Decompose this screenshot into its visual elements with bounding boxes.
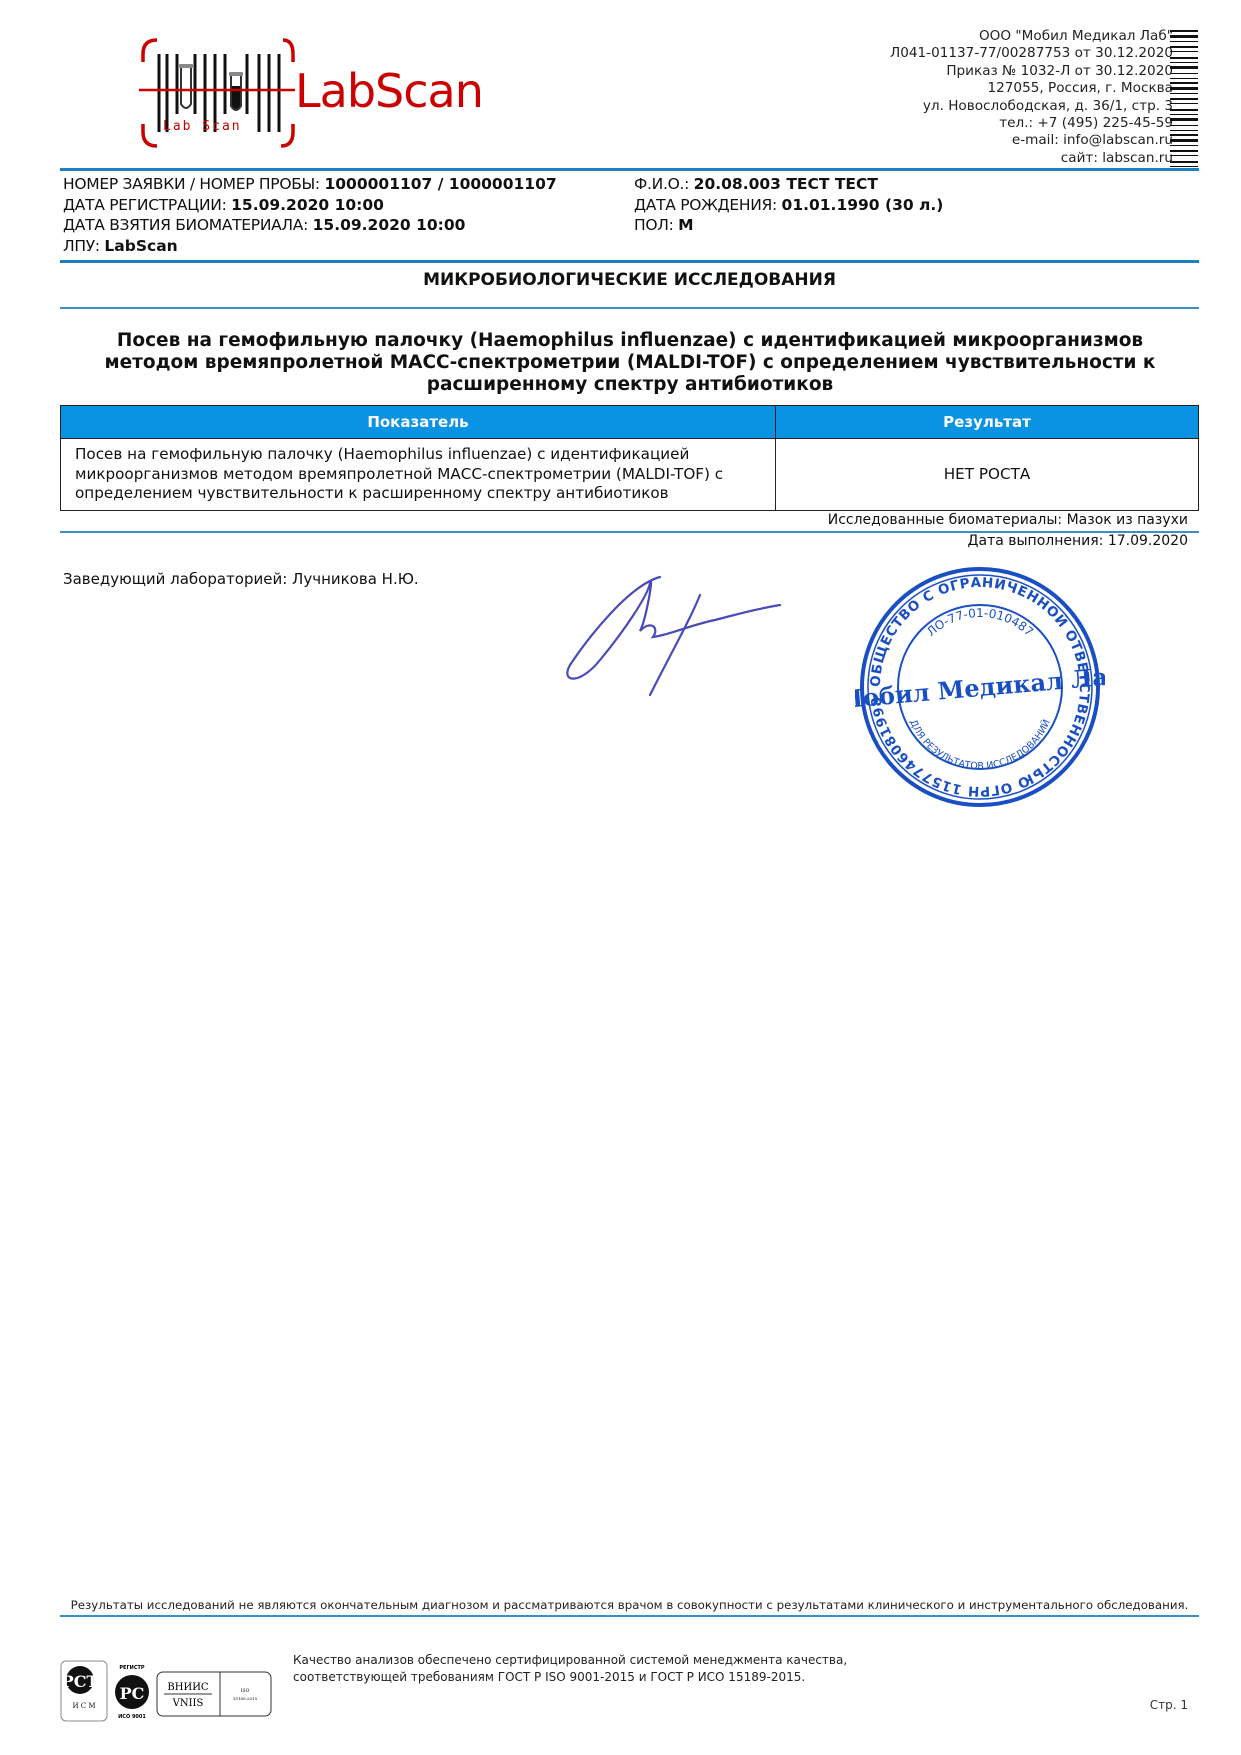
biomaterials-note: Исследованные биоматериалы: Мазок из паз… bbox=[828, 512, 1188, 528]
rst-registr-logo-icon: РЕГИСТР РС ИСО 9001 bbox=[115, 1665, 149, 1720]
svg-text:РСТ: РСТ bbox=[62, 1672, 99, 1691]
email: e-mail: info@labscan.ru bbox=[890, 132, 1173, 149]
svg-text:И С М: И С М bbox=[72, 1702, 95, 1710]
website: сайт: labscan.ru bbox=[890, 150, 1173, 167]
company-name: ООО "Мобил Медикал Лаб" bbox=[890, 28, 1173, 45]
completion-date: Дата выполнения: 17.09.2020 bbox=[968, 533, 1188, 549]
clinic-row: ЛПУ: LabScan bbox=[63, 236, 557, 257]
quality-statement: Качество анализов обеспечено сертифициро… bbox=[293, 1652, 847, 1686]
svg-text:«Мобил Медикал Лаб»: «Мобил Медикал Лаб» bbox=[855, 659, 1105, 716]
svg-text:ИСО 9001: ИСО 9001 bbox=[118, 1714, 146, 1720]
results-table: Показатель Результат Посев на гемофильну… bbox=[60, 405, 1199, 511]
barcode-tube-icon: Lab Scan bbox=[135, 28, 295, 156]
column-header-indicator: Показатель bbox=[61, 406, 776, 439]
table-header-row: Показатель Результат bbox=[61, 406, 1199, 439]
svg-text:РС: РС bbox=[120, 1684, 145, 1703]
svg-text:ЛО-77-01-010487: ЛО-77-01-010487 bbox=[924, 606, 1036, 639]
svg-text:VNIIS: VNIIS bbox=[172, 1698, 204, 1709]
company-stamp: ОБЩЕСТВО С ОГРАНИЧЕННОЙ ОТВЕТСТВЕННОСТЬЮ… bbox=[855, 562, 1105, 812]
address-street: ул. Новослободская, д. 36/1, стр. 3 bbox=[890, 98, 1173, 115]
phone: тел.: +7 (495) 225-45-59 bbox=[890, 115, 1173, 132]
certification-logos: РСТ И С М РЕГИСТР РС ИСО 9001 ВНИИС VNII… bbox=[60, 1660, 275, 1722]
patient-info: Ф.И.О.: 20.08.003 ТЕСТ ТЕСТ ДАТА РОЖДЕНИ… bbox=[634, 174, 943, 236]
birth-date-row: ДАТА РОЖДЕНИЯ: 01.01.1990 (30 л.) bbox=[634, 195, 943, 216]
svg-text:ДЛЯ РЕЗУЛЬТАТОВ ИССЛЕДОВАНИЙ: ДЛЯ РЕЗУЛЬТАТОВ ИССЛЕДОВАНИЙ bbox=[907, 718, 1052, 772]
company-info: ООО "Мобил Медикал Лаб" Л041-01137-77/00… bbox=[890, 28, 1173, 167]
head-of-lab: Заведующий лабораторией: Лучникова Н.Ю. bbox=[63, 570, 419, 588]
vertical-barcode-icon bbox=[1170, 30, 1198, 170]
address-city: 127055, Россия, г. Москва bbox=[890, 80, 1173, 97]
svg-text:Lab Scan: Lab Scan bbox=[163, 119, 242, 134]
svg-text:15189:2015: 15189:2015 bbox=[233, 1696, 258, 1701]
column-header-result: Результат bbox=[776, 406, 1199, 439]
svg-text:ВНИИС: ВНИИС bbox=[167, 1682, 209, 1693]
signature-image bbox=[550, 565, 790, 715]
svg-text:ISO: ISO bbox=[241, 1688, 250, 1694]
page-number: Стр. 1 bbox=[1150, 1698, 1188, 1712]
section-divider-bottom bbox=[60, 307, 1199, 309]
svg-text:РЕГИСТР: РЕГИСТР bbox=[119, 1665, 145, 1671]
rst-ism-logo-icon: РСТ И С М bbox=[61, 1661, 107, 1721]
test-title: Посев на гемофильную палочку (Haemophilu… bbox=[70, 330, 1190, 396]
patient-name-row: Ф.И.О.: 20.08.003 ТЕСТ ТЕСТ bbox=[634, 174, 943, 195]
sample-number-row: НОМЕР ЗАЯВКИ / НОМЕР ПРОБЫ: 1000001107 /… bbox=[63, 174, 557, 195]
vniis-logo-icon: ВНИИС VNIIS ISO 15189:2015 bbox=[157, 1672, 271, 1716]
quality-line-1: Качество анализов обеспечено сертифициро… bbox=[293, 1652, 847, 1669]
result-cell: НЕТ РОСТА bbox=[776, 439, 1199, 511]
table-row: Посев на гемофильную палочку (Haemophilu… bbox=[61, 439, 1199, 511]
request-info: НОМЕР ЗАЯВКИ / НОМЕР ПРОБЫ: 1000001107 /… bbox=[63, 174, 557, 256]
footer-divider bbox=[60, 1615, 1199, 1617]
sex-row: ПОЛ: М bbox=[634, 215, 943, 236]
collection-date-row: ДАТА ВЗЯТИЯ БИОМАТЕРИАЛА: 15.09.2020 10:… bbox=[63, 215, 557, 236]
header-divider bbox=[60, 168, 1199, 171]
quality-line-2: соответствующей требованиям ГОСТ Р ISO 9… bbox=[293, 1669, 847, 1686]
section-title: МИКРОБИОЛОГИЧЕСКИЕ ИССЛЕДОВАНИЯ bbox=[60, 270, 1199, 290]
section-divider-top bbox=[60, 260, 1199, 263]
indicator-cell: Посев на гемофильную палочку (Haemophilu… bbox=[61, 439, 776, 511]
labscan-logo: Lab Scan LabScan bbox=[135, 28, 505, 156]
logo-wordmark: LabScan bbox=[295, 64, 483, 118]
order-number: Приказ № 1032-Л от 30.12.2020 bbox=[890, 63, 1173, 80]
disclaimer: Результаты исследований не являются окон… bbox=[60, 1598, 1199, 1612]
registration-date-row: ДАТА РЕГИСТРАЦИИ: 15.09.2020 10:00 bbox=[63, 195, 557, 216]
license-number: Л041-01137-77/00287753 от 30.12.2020 bbox=[890, 45, 1173, 62]
